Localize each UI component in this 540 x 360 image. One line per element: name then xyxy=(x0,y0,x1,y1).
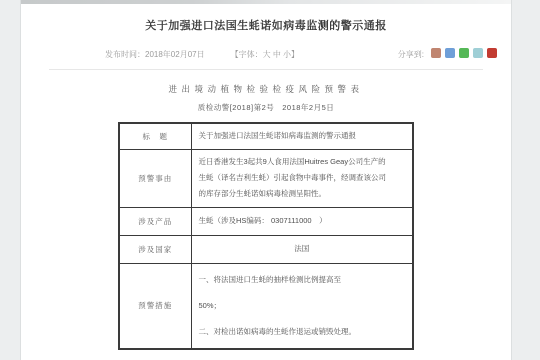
form-row: 涉及国家法国 xyxy=(119,235,413,263)
form-row-value: 法国 xyxy=(191,235,413,263)
wechat-share-icon[interactable] xyxy=(459,48,469,58)
weibo-share-icon[interactable] xyxy=(431,48,441,58)
header-divider xyxy=(49,69,483,70)
more-share-icon[interactable] xyxy=(487,48,497,58)
form-row-label: 预警事由 xyxy=(119,149,191,207)
form-title: 进出境动植物检验检疫风险预警表 xyxy=(21,84,511,94)
form-row-value: 一、将法国进口生蚝的抽样检测比例提高至50%；二、对检出诺如病毒的生蚝作退运或销… xyxy=(191,263,413,320)
form-row-label: 涉及产品 xyxy=(119,207,191,235)
form-row: 涉及产品生蚝（涉及HS编码： 0307111000 ） xyxy=(119,207,413,235)
tencent-weibo-share-icon[interactable] xyxy=(473,48,483,58)
meta-row: 发布时间：2018年02月07日 【字体：大 中 小】 分享到: xyxy=(21,48,511,61)
form-row: 预警事由近日香港发生3起共9人食用法国Huitres Geay公司生产的生蚝（译… xyxy=(119,149,413,207)
form-row: 预警措施一、将法国进口生蚝的抽样检测比例提高至50%；二、对检出诺如病毒的生蚝作… xyxy=(119,263,413,320)
risk-warning-table: 标 题关于加强进口法国生蚝诺如病毒监测的警示通报预警事由近日香港发生3起共9人食… xyxy=(118,122,414,320)
top-toolbar-remnant xyxy=(21,0,511,4)
form-row-value: 关于加强进口法国生蚝诺如病毒监测的警示通报 xyxy=(191,123,413,149)
risk-warning-table-body: 标 题关于加强进口法国生蚝诺如病毒监测的警示通报预警事由近日香港发生3起共9人食… xyxy=(119,123,413,320)
form-row-value: 生蚝（涉及HS编码： 0307111000 ） xyxy=(191,207,413,235)
notice-page-card: 关于加强进口法国生蚝诺如病毒监测的警示通报 发布时间：2018年02月07日 【… xyxy=(20,0,512,320)
form-row-value: 近日香港发生3起共9人食用法国Huitres Geay公司生产的生蚝（译名吉利生… xyxy=(191,149,413,207)
font-size-control[interactable]: 【字体：大 中 小】 xyxy=(231,49,299,60)
page-title: 关于加强进口法国生蚝诺如病毒监测的警示通报 xyxy=(21,19,511,34)
form-row-label: 预警措施 xyxy=(119,263,191,320)
document-number: 质检动警[2018]第2号 2018年2月5日 xyxy=(21,103,511,113)
share-icons xyxy=(427,48,497,61)
share-group: 分享到: xyxy=(398,48,497,61)
form-row-label: 标 题 xyxy=(119,123,191,149)
share-label: 分享到: xyxy=(398,49,424,60)
publish-date: 发布时间：2018年02月07日 xyxy=(105,49,205,60)
qq-share-icon[interactable] xyxy=(445,48,455,58)
form-row: 标 题关于加强进口法国生蚝诺如病毒监测的警示通报 xyxy=(119,123,413,149)
form-row-label: 涉及国家 xyxy=(119,235,191,263)
